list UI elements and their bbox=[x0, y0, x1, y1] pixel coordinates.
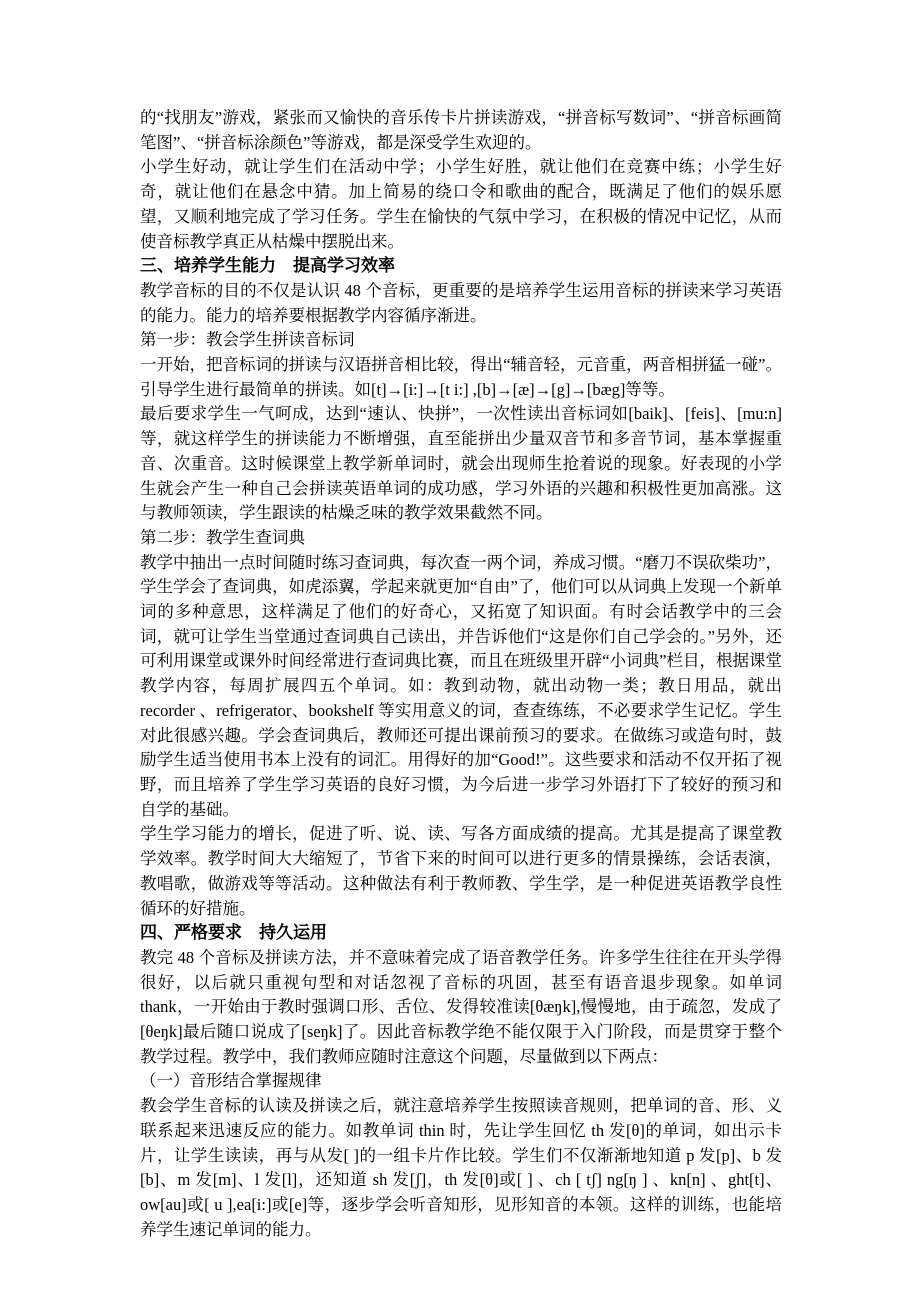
paragraph: 的“找朋友”游戏，紧张而又愉快的音乐传卡片拼读游戏，“拼音标写数词”、“拼音标画… bbox=[140, 106, 782, 155]
paragraph: 第二步：教学生查词典 bbox=[140, 526, 782, 551]
paragraph: 教完 48 个音标及拼读方法，并不意味着完成了语音教学任务。许多学生往往在开头学… bbox=[140, 946, 782, 1070]
paragraph: 教学中抽出一点时间随时练习查词典，每次查一两个词，养成习惯。“磨刀不误砍柴功”，… bbox=[140, 551, 782, 823]
paragraph: （一）音形结合掌握规律 bbox=[140, 1069, 782, 1094]
paragraph: 一开始，把音标词的拼读与汉语拼音相比较，得出“辅音轻，元音重，两音相拼猛一碰”。… bbox=[140, 353, 782, 402]
paragraph: 最后要求学生一气呵成，达到“速认、快拼”，一次性读出音标词如[baik]、[fe… bbox=[140, 402, 782, 526]
section-heading: 三、培养学生能力 提高学习效率 bbox=[140, 254, 782, 279]
document-body: 的“找朋友”游戏，紧张而又愉快的音乐传卡片拼读游戏，“拼音标写数词”、“拼音标画… bbox=[140, 106, 782, 1242]
paragraph: 教会学生音标的认读及拼读之后，就注意培养学生按照读音规则，把单词的音、形、义联系… bbox=[140, 1094, 782, 1242]
paragraph: 小学生好动，就让学生们在活动中学；小学生好胜，就让他们在竞赛中练；小学生好奇，就… bbox=[140, 155, 782, 254]
paragraph: 教学音标的目的不仅是认识 48 个音标，更重要的是培养学生运用音标的拼读来学习英… bbox=[140, 279, 782, 328]
section-heading: 四、严格要求 持久运用 bbox=[140, 921, 782, 946]
paragraph: 第一步：教会学生拼读音标词 bbox=[140, 328, 782, 353]
paragraph: 学生学习能力的增长，促进了听、说、读、写各方面成绩的提高。尤其是提高了课堂教学效… bbox=[140, 822, 782, 921]
document-page: 的“找朋友”游戏，紧张而又愉快的音乐传卡片拼读游戏，“拼音标写数词”、“拼音标画… bbox=[0, 0, 920, 1302]
